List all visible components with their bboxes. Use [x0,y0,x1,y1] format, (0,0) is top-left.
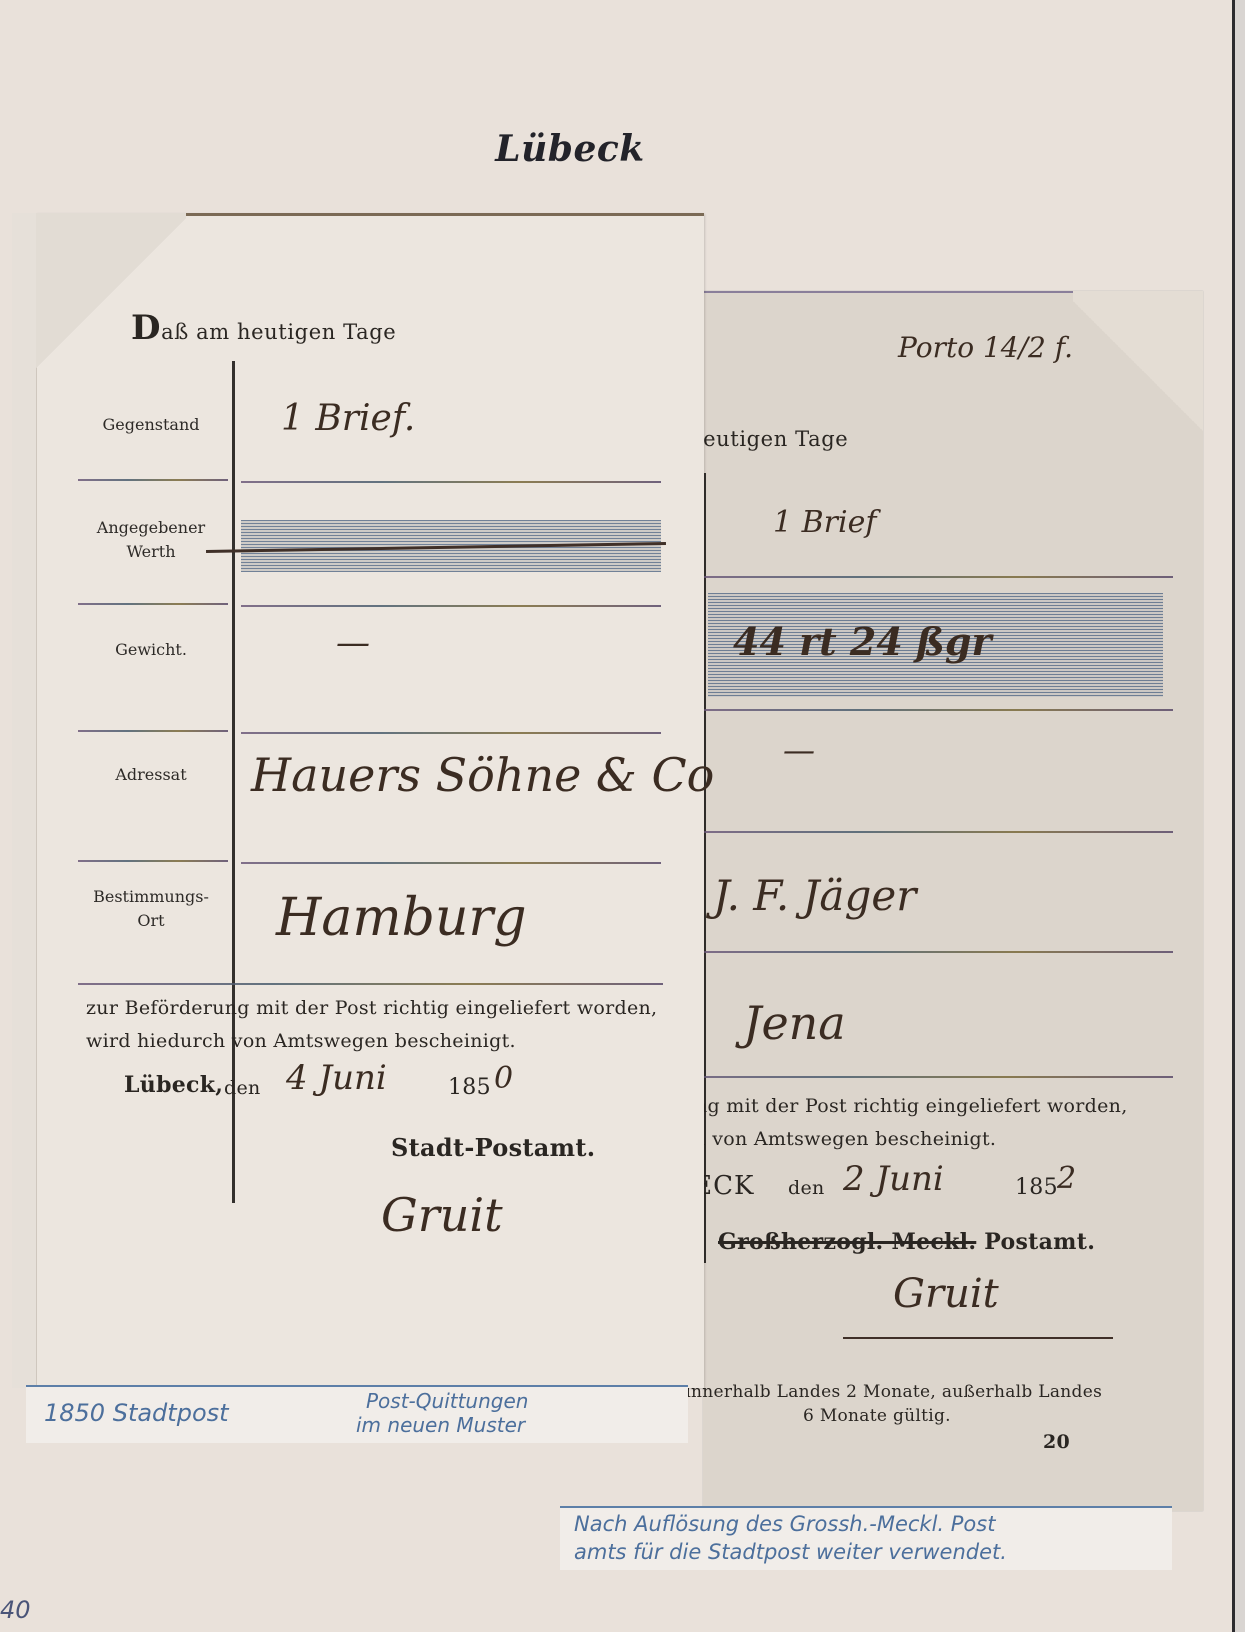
confirmation-text-1: rung mit der Post richtig eingeliefert w… [673,1091,1128,1121]
date-handwritten: 4 Juni [286,1058,387,1098]
heading-rest: aß am heutigen Tage [161,320,396,344]
confirmation-text-1: zur Beförderung mit der Post richtig ein… [86,993,657,1023]
postmaster-signature: Gruit [381,1188,503,1242]
mounting-hinge [12,213,37,1388]
album-page-number: 40 [0,1596,31,1624]
label-gegenstand: Gegenstand [76,413,226,437]
postal-receipt-1850: Daß am heutigen Tage Gegenstand 1 Brief.… [36,213,704,1388]
caption-right-1: Nach Auflösung des Grossh.-Meckl. Post [574,1512,995,1536]
confirmation-text-2: wird hiedurch von Amtswegen bescheinigt. [86,1026,516,1056]
value-bestimmungsort: Hamburg [276,888,527,948]
year-handwritten: 2 [1057,1161,1076,1196]
value-gewicht: — [783,731,815,769]
album-page-edge [1235,0,1245,1632]
den-label: den [788,1173,825,1203]
caption-slip-right: Nach Auflösung des Grossh.-Meckl. Post a… [560,1506,1172,1570]
heading-initial: D [131,308,161,348]
label-bestimmungsort-2: Ort [76,909,226,933]
confirmation-text-2: rch von Amtswegen bescheinigt. [673,1124,996,1154]
value-bestimmungsort: Jena [743,996,846,1050]
value-adressat: J. F. Jäger [713,871,916,920]
caption-note-2: im neuen Muster [356,1413,525,1437]
year-printed: 185 [448,1073,491,1103]
porto-note: Porto 14/2 f. [898,331,1073,364]
album-page-border [1232,0,1235,1632]
heading-partial: heutigen Tage [689,427,848,451]
photo-corner [36,213,186,373]
place-name: Lübeck, [124,1070,223,1100]
label-gewicht: Gewicht. [76,638,226,662]
value-gegenstand: 1 Brief [773,505,876,540]
value-adressat: Hauers Söhne & Co [251,748,714,802]
album-page-title: Lübeck [470,128,670,170]
office-name-rest: Postamt. [984,1229,1095,1255]
caption-note-1: Post-Quittungen [366,1389,528,1413]
office-name: Großherzogl. Meckl. Postamt. [718,1227,1095,1257]
year-printed: 185 [1015,1173,1058,1203]
label-werth-1: Angegebener [76,516,226,540]
office-name-struck: Großherzogl. Meckl. [718,1229,976,1255]
office-name: Stadt-Postamt. [391,1133,595,1163]
value-gewicht: — [336,623,370,663]
photo-corner [1073,291,1203,441]
postal-receipt-1852: Porto 14/2 f. heutigen Tage 1 Brief 44 r… [703,291,1203,1511]
value-gegenstand: 1 Brief. [281,398,415,439]
label-werth-2: Werth [76,540,226,564]
caption-slip-left: 1850 Stadtpost Post-Quittungen im neuen … [26,1385,688,1443]
value-werth: 44 rt 24 ßgr [733,619,992,664]
heading: Daß am heutigen Tage [131,308,396,348]
date-handwritten: 2 Juni [843,1159,944,1199]
label-adressat: Adressat [76,763,226,787]
postmaster-signature: Gruit [893,1271,999,1317]
den-label: den [224,1073,261,1103]
caption-year: 1850 Stadtpost [44,1399,229,1427]
form-number: 20 [1043,1427,1070,1457]
caption-right-2: amts für die Stadtpost weiter verwendet. [574,1540,1007,1564]
year-handwritten: 0 [494,1061,513,1096]
label-bestimmungsort-1: Bestimmungs- [76,885,226,909]
validity-text-2: 6 Monate gültig. [803,1401,951,1431]
